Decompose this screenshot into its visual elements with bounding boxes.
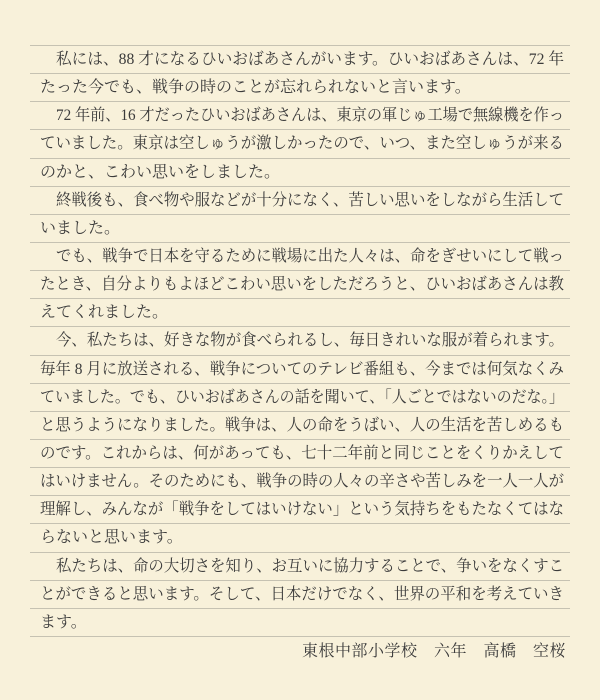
essay-line: はいけません。そのためにも、戦争の時の人々の辛さや苦しみを一人一人が [30, 468, 570, 496]
essay-line-text: たとき、自分よりもよほどこわい思いをしただろうと、ひいおばあさんは教 [40, 271, 564, 298]
essay-line: 私には、88 才になるひいおばあさんがいます。ひいおばあさんは、72 年 [30, 46, 570, 74]
essay-line-text: えてくれました。 [40, 299, 168, 326]
essay-line-text: はいけません。そのためにも、戦争の時の人々の辛さや苦しみを一人一人が [40, 468, 564, 495]
essay-line: 終戦後も、食べ物や服などが十分になく、苦しい思いをしながら生活して [30, 187, 570, 215]
essay-line: とができると思います。そして、日本だけでなく、世界の平和を考えていき [30, 581, 570, 609]
essay-line: のです。これからは、何があっても、七十二年前と同じことをくりかえして [30, 440, 570, 468]
essay-line-text: 私たちは、命の大切さを知り、お互いに協力することで、争いをなくすこ [56, 553, 564, 580]
essay-line: でも、戦争で日本を守るために戦場に出た人々は、命をぎせいにして戦っ [30, 243, 570, 271]
essay-line-text: ます。 [40, 609, 87, 636]
essay-line-text: 理解し、みんなが「戦争をしてはいけない」という気持ちをもたなくてはな [40, 496, 564, 523]
essay-line: ていました。東京は空しゅうが激しかったので、いつ、また空しゅうが来る [30, 130, 570, 158]
essay-line: いました。 [30, 215, 570, 243]
essay-line-text: 毎年 8 月に放送される、戦争についてのテレビ番組も、今までは何気なくみ [40, 356, 564, 383]
essay-line-text: とができると思います。そして、日本だけでなく、世界の平和を考えていき [40, 581, 564, 608]
essay-line-text: 72 年前、16 才だったひいおばあさんは、東京の軍じゅ工場で無線機を作っ [56, 102, 564, 129]
essay-line: らないと思います。 [30, 524, 570, 552]
essay-page: 私には、88 才になるひいおばあさんがいます。ひいおばあさんは、72 年たった今… [0, 0, 600, 700]
essay-line: えてくれました。 [30, 299, 570, 327]
essay-line: ます。 [30, 609, 570, 637]
essay-line: ていました。でも、ひいおばあさんの話を聞いて、「人ごとではないのだな。」 [30, 384, 570, 412]
essay-line: 私たちは、命の大切さを知り、お互いに協力することで、争いをなくすこ [30, 553, 570, 581]
essay-line-text: のかと、こわい思いをしました。 [40, 159, 280, 186]
essay-line: 理解し、みんなが「戦争をしてはいけない」という気持ちをもたなくてはな [30, 496, 570, 524]
essay-line-text: と思うようになりました。戦争は、人の命をうばい、人の生活を苦しめるも [40, 412, 564, 439]
essay-line: 毎年 8 月に放送される、戦争についてのテレビ番組も、今までは何気なくみ [30, 356, 570, 384]
essay-line-text: ていました。でも、ひいおばあさんの話を聞いて、「人ごとではないのだな。」 [40, 384, 564, 411]
essay-body: 私には、88 才になるひいおばあさんがいます。ひいおばあさんは、72 年たった今… [30, 45, 570, 637]
signature: 東根中部小学校 六年 高橋 空桜 [302, 640, 566, 664]
essay-line-text: でも、戦争で日本を守るために戦場に出た人々は、命をぎせいにして戦っ [56, 243, 564, 270]
essay-line-text: たった今でも、戦争の時のことが忘れられないと言います。 [40, 74, 471, 101]
essay-line: たとき、自分よりもよほどこわい思いをしただろうと、ひいおばあさんは教 [30, 271, 570, 299]
essay-line: たった今でも、戦争の時のことが忘れられないと言います。 [30, 74, 570, 102]
essay-line-text: 今、私たちは、好きな物が食べられるし、毎日きれいな服が着られます。 [56, 327, 564, 354]
essay-line-text: のです。これからは、何があっても、七十二年前と同じことをくりかえして [40, 440, 564, 467]
essay-line-text: いました。 [40, 215, 120, 242]
essay-line-text: 私には、88 才になるひいおばあさんがいます。ひいおばあさんは、72 年 [56, 46, 564, 73]
essay-line: 72 年前、16 才だったひいおばあさんは、東京の軍じゅ工場で無線機を作っ [30, 102, 570, 130]
essay-line-text: 終戦後も、食べ物や服などが十分になく、苦しい思いをしながら生活して [56, 187, 564, 214]
essay-line: 今、私たちは、好きな物が食べられるし、毎日きれいな服が着られます。 [30, 327, 570, 355]
essay-line-text: らないと思います。 [40, 524, 183, 551]
essay-line: のかと、こわい思いをしました。 [30, 159, 570, 187]
essay-line: と思うようになりました。戦争は、人の命をうばい、人の生活を苦しめるも [30, 412, 570, 440]
essay-line-text: ていました。東京は空しゅうが激しかったので、いつ、また空しゅうが来る [40, 130, 564, 157]
